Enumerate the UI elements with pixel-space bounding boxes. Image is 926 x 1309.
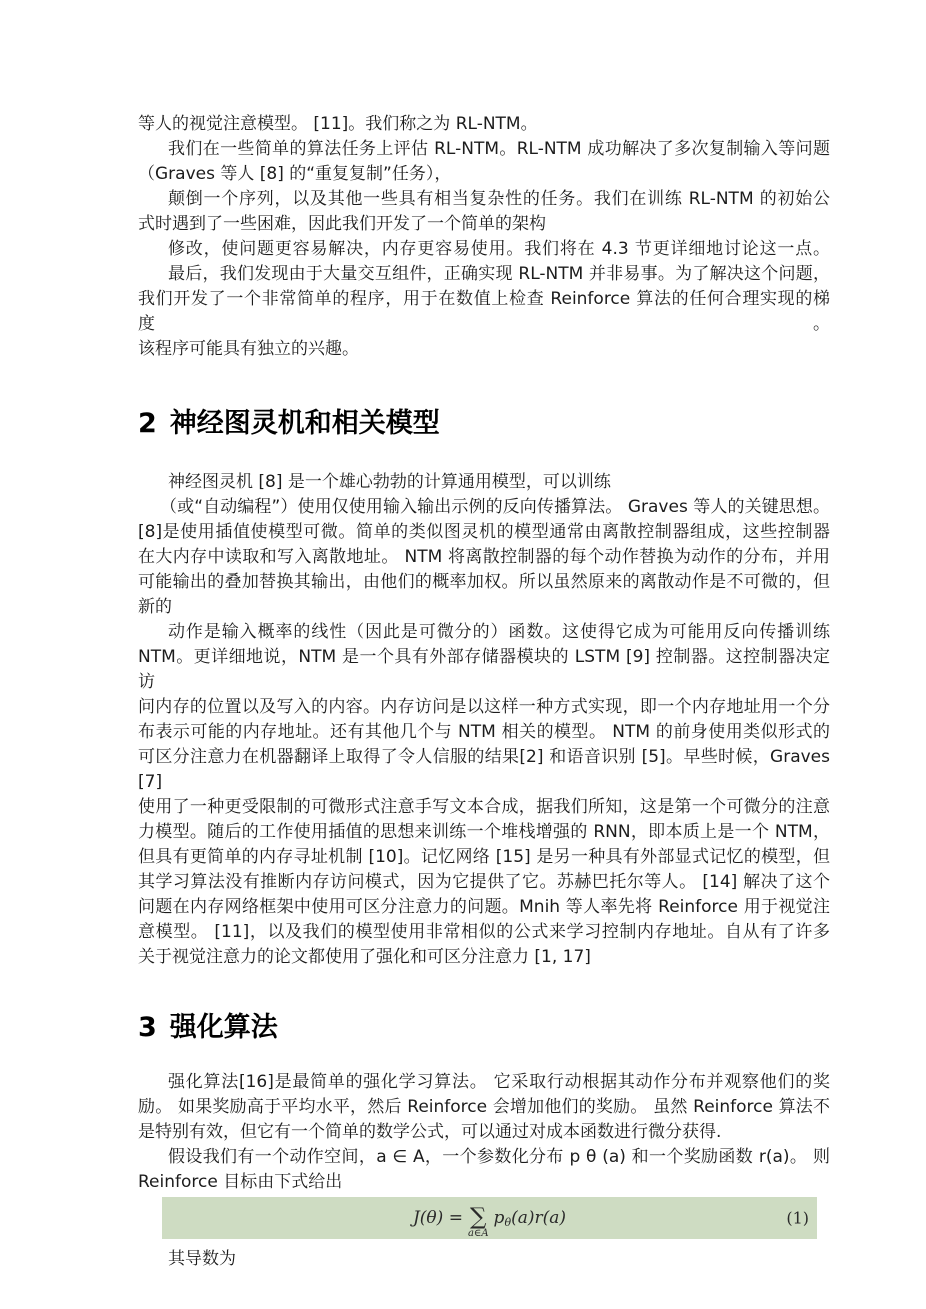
text-line: 颠倒一个序列，以及其他一些具有相当复杂性的任务。我们在训练 RL-NTM 的初始… [138, 187, 830, 212]
section-2-number: 2 [138, 408, 157, 439]
equation-1-block: J(θ) = ∑ a∈A pθ(a)r(a) (1) [162, 1197, 817, 1239]
section-3-number: 3 [138, 1012, 157, 1043]
sigma-glyph: ∑ [470, 1206, 486, 1228]
equation-lhs: J(θ) = [413, 1208, 463, 1228]
text-line: 我们在一些简单的算法任务上评估 RL-NTM。RL-NTM 成功解决了多次复制输… [138, 137, 830, 162]
equation-tail: (a)r(a) [511, 1208, 566, 1228]
text-line: 可能输出的叠加替换其输出，由他们的概率加权。所以虽然原来的离散动作是不可微的，但 [138, 570, 830, 595]
document-page: 等人的视觉注意模型。 [11]。我们称之为 RL-NTM。 我们在一些简单的算法… [0, 0, 926, 1309]
section-3-title: 强化算法 [170, 1012, 278, 1043]
text-line: 该程序可能具有独立的兴趣。 [138, 337, 830, 362]
text-line: 在大内存中读取和写入离散地址。 NTM 将离散控制器的每个动作替换为动作的分布，… [138, 545, 830, 570]
text-line: 力模型。随后的工作使用插值的思想来训练一个堆栈增强的 RNN，即本质上是一个 N… [138, 820, 830, 845]
text-line: 神经图灵机 [8] 是一个雄心勃勃的计算通用模型，可以训练 [138, 470, 830, 495]
equation-rhs: pθ(a)r(a) [494, 1208, 566, 1229]
text-line: 问题在内存网络框架中使用可区分注意力的问题。Mnih 等人率先将 Reinfor… [138, 895, 830, 920]
text-line: 其导数为 [138, 1247, 830, 1272]
text-line: 新的 [138, 595, 830, 620]
text-line: 等人的视觉注意模型。 [11]。我们称之为 RL-NTM。 [138, 112, 830, 137]
text-line: 假设我们有一个动作空间，a ∈ A，一个参数化分布 p θ (a) 和一个奖励函… [138, 1145, 830, 1170]
section-2-title: 神经图灵机和相关模型 [170, 408, 440, 439]
text-line: 意模型。 [11]，以及我们的模型使用非常相似的公式来学习控制内存地址。自从有了… [138, 920, 830, 945]
p-variable: p [494, 1208, 505, 1228]
text-line: 但具有更简单的内存寻址机制 [10]。记忆网络 [15] 是另一种具有外部显式记… [138, 845, 830, 870]
text-line: 式时遇到了一些困难，因此我们开发了一个简单的架构 [138, 212, 830, 237]
text-line: 问内存的位置以及写入的内容。内存访问是以这样一种方式实现，即一个内存地址用一个分 [138, 695, 830, 720]
text-line: 可区分注意力在机器翻译上取得了令人信服的结果[2] 和语音识别 [5]。早些时候… [138, 745, 830, 795]
text-line: 动作是输入概率的线性（因此是可微分的）函数。这使得它成为可能用反向传播训练 [138, 620, 830, 645]
equation-1-expression: J(θ) = ∑ a∈A pθ(a)r(a) [413, 1202, 566, 1235]
text-line: Reinforce 目标由下式给出 [138, 1170, 830, 1195]
text-line: （Graves 等人 [8] 的“重复复制”任务）， [138, 162, 830, 187]
equation-number: (1) [786, 1209, 809, 1228]
text-line: 我们开发了一个非常简单的程序，用于在数值上检查 Reinforce 算法的任何合… [138, 287, 830, 337]
section-3-heading: 3强化算法 [138, 1010, 830, 1046]
text-line: 关于视觉注意力的论文都使用了强化和可区分注意力 [1, 17] [138, 945, 830, 970]
text-line: （或“自动编程”）使用仅使用输入输出示例的反向传播算法。 Graves 等人的关… [138, 495, 830, 520]
section-2-heading: 2神经图灵机和相关模型 [138, 406, 830, 442]
text-line: NTM。更详细地说，NTM 是一个具有外部存储器模块的 LSTM [9] 控制器… [138, 645, 830, 695]
text-line: 强化算法[16]是最简单的强化学习算法。 它采取行动根据其动作分布并观察他们的奖 [138, 1070, 830, 1095]
summation-subscript: a∈A [468, 1229, 489, 1239]
text-line: 使用了一种更受限制的可微形式注意手写文本合成，据我们所知，这是第一个可微分的注意 [138, 795, 830, 820]
text-line: 其学习算法没有推断内存访问模式，因为它提供了它。苏赫巴托尔等人。 [14] 解决… [138, 870, 830, 895]
text-line: 最后，我们发现由于大量交互组件，正确实现 RL-NTM 并非易事。为了解决这个问… [138, 262, 830, 287]
text-line: 修改，使问题更容易解决，内存更容易使用。我们将在 4.3 节更详细地讨论这一点。 [138, 237, 830, 262]
text-line: 励。 如果奖励高于平均水平，然后 Reinforce 会增加他们的奖励。 虽然 … [138, 1095, 830, 1120]
summation-symbol: ∑ a∈A [468, 1206, 489, 1239]
document-content: 等人的视觉注意模型。 [11]。我们称之为 RL-NTM。 我们在一些简单的算法… [138, 0, 830, 1272]
text-line: [8]是使用插值使模型可微。简单的类似图灵机的模型通常由离散控制器组成，这些控制… [138, 520, 830, 545]
text-line: 是特别有效，但它有一个简单的数学公式，可以通过对成本函数进行微分获得. [138, 1120, 830, 1145]
text-line: 布表示可能的内存地址。还有其他几个与 NTM 相关的模型。 NTM 的前身使用类… [138, 720, 830, 745]
